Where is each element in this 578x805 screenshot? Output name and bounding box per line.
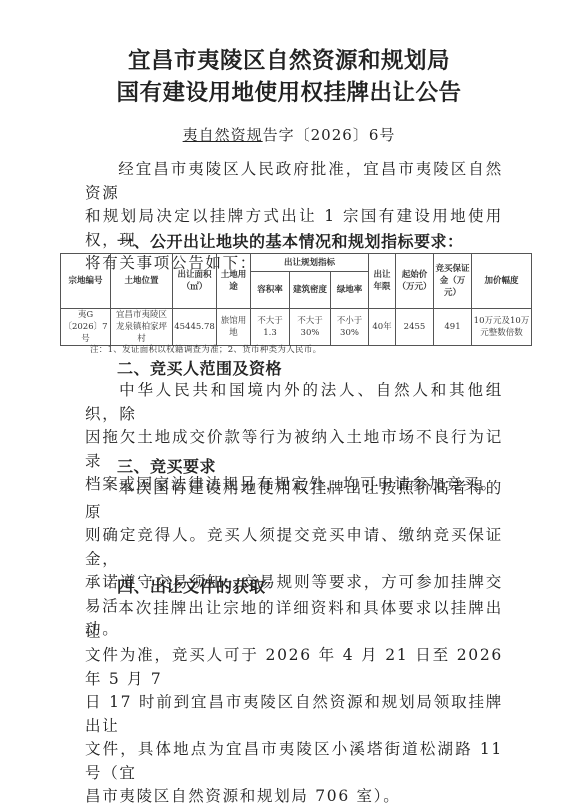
- cell-location: 宜昌市夷陵区龙泉镇柏家坪村: [111, 309, 173, 346]
- title-line-2: 国有建设用地使用权挂牌出让公告: [0, 75, 578, 107]
- document-number-rest: 告字〔2026〕6号: [263, 126, 396, 144]
- cell-parcel-no: 夷G〔2026〕7号: [61, 309, 111, 346]
- section-3-line-2: 则确定竞得人。竞买人须提交竞买申请、缴纳竞买保证金，: [85, 524, 503, 571]
- header-area: 出让面积（㎡）: [173, 254, 217, 309]
- cell-increment: 10万元及10万元整数倍数: [472, 309, 532, 346]
- cell-density: 不大于30%: [290, 309, 331, 346]
- cell-term: 40年: [369, 309, 396, 346]
- section-4-line-4: 文件，具体地点为宜昌市夷陵区小溪塔街道松湖路 11 号（宜: [85, 738, 503, 785]
- header-green: 绿地率: [331, 272, 369, 309]
- section-4-body: 本次挂牌出让宗地的详细资料和具体要求以挂牌出让 文件为准，竞买人可于 2026 …: [85, 597, 503, 805]
- section-4-heading: 四、出让文件的获取: [117, 574, 266, 597]
- header-term: 出让年限: [369, 254, 396, 309]
- cell-use: 旅馆用地: [217, 309, 251, 346]
- header-parcel-no: 宗地编号: [61, 254, 111, 309]
- cell-start-price: 2455: [396, 309, 434, 346]
- document-number: 夷自然资规告字〔2026〕6号: [0, 124, 578, 145]
- header-far: 容积率: [251, 272, 290, 309]
- section-2-heading: 二、竞买人范围及资格: [117, 356, 282, 379]
- section-4-line-1: 本次挂牌出让宗地的详细资料和具体要求以挂牌出让: [85, 597, 503, 644]
- section-4-line-5: 昌市夷陵区自然资源和规划局 706 室）。: [85, 785, 503, 805]
- section-2-line-1: 中华人民共和国境内外的法人、自然人和其他组织，除: [85, 379, 503, 426]
- header-planning-group: 出让规划指标: [251, 254, 369, 272]
- header-density: 建筑密度: [290, 272, 331, 309]
- table-note: 注：1、发证面积以权籍调查为准；2、货币种类为人民币。: [90, 343, 321, 355]
- cell-green: 不小于30%: [331, 309, 369, 346]
- cell-area: 45445.78: [173, 309, 217, 346]
- section-4-line-2: 文件为准，竞买人可于 2026 年 4 月 21 日至 2026 年 5 月 7: [85, 644, 503, 691]
- land-parcel-table: 宗地编号 土地位置 出让面积（㎡） 土地用途 出让规划指标 出让年限 起始价（万…: [60, 253, 532, 346]
- header-start-price: 起始价（万元）: [396, 254, 434, 309]
- title-line-1: 宜昌市夷陵区自然资源和规划局: [0, 43, 578, 75]
- cell-deposit: 491: [434, 309, 472, 346]
- section-3-heading: 三、竞买要求: [117, 454, 216, 477]
- cell-far: 不大于1.3: [251, 309, 290, 346]
- section-4-line-3: 日 17 时前到宜昌市夷陵区自然资源和规划局领取挂牌出让: [85, 691, 503, 738]
- header-use: 土地用途: [217, 254, 251, 309]
- table-row: 夷G〔2026〕7号 宜昌市夷陵区龙泉镇柏家坪村 45445.78 旅馆用地 不…: [61, 309, 532, 346]
- header-location: 土地位置: [111, 254, 173, 309]
- section-3-line-1: 本次国有建设用地使用权挂牌出让按照价高者得的原: [85, 477, 503, 524]
- header-deposit: 竞买保证金（万元）: [434, 254, 472, 309]
- intro-line-1: 经宜昌市夷陵区人民政府批准，宜昌市夷陵区自然资源: [85, 158, 503, 205]
- header-increment: 加价幅度: [472, 254, 532, 309]
- document-number-prefix: 夷自然资规: [183, 126, 263, 144]
- section-1-heading: 一、公开出让地块的基本情况和规划指标要求：: [117, 229, 464, 252]
